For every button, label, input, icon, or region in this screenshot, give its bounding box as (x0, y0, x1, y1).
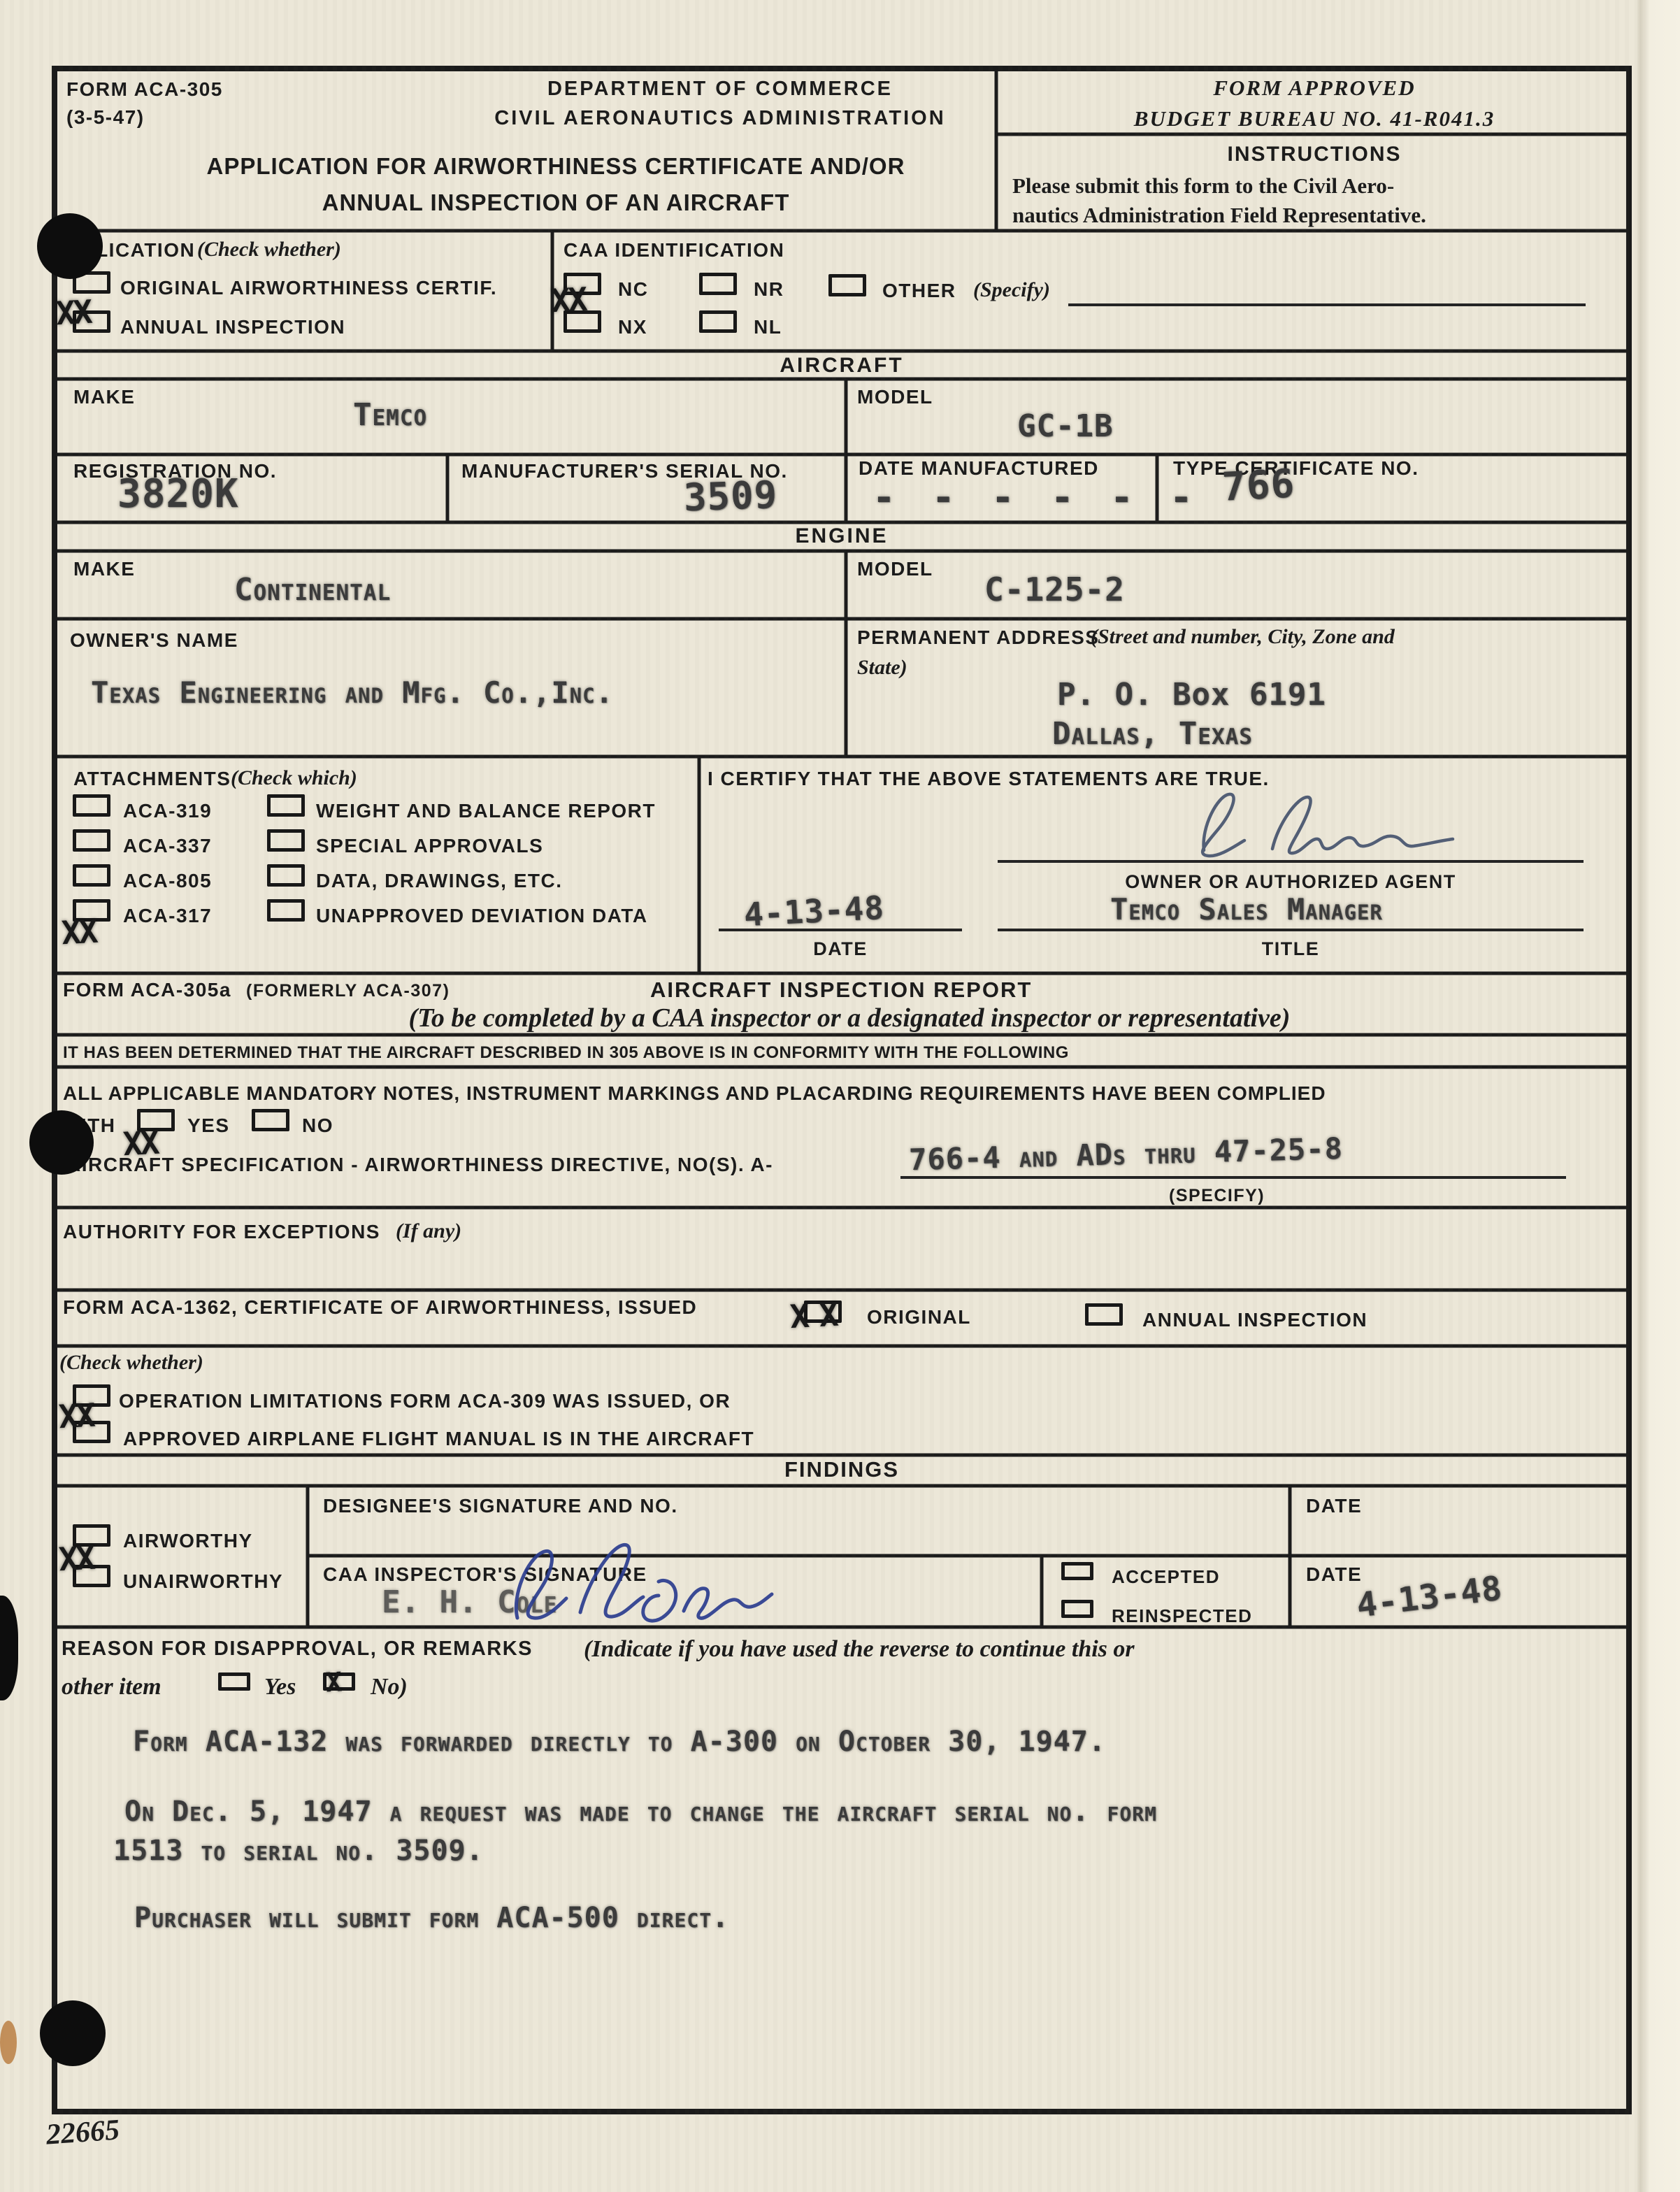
aca-317-label: ACA-317 (123, 905, 212, 927)
data-drawings-label: DATA, DRAWINGS, ETC. (316, 870, 563, 892)
remarks-paragraph-1: Form ACA-132 was forwarded directly to A… (133, 1726, 1106, 1758)
permanent-address-note2: State) (857, 656, 907, 680)
nr-label: NR (754, 278, 784, 301)
findings-section-title: FINDINGS (784, 1457, 899, 1482)
instructions-line1: Please submit this form to the Civil Aer… (1012, 173, 1394, 199)
checkbox-weight-balance[interactable] (267, 794, 305, 817)
special-approvals-label: SPECIAL APPROVALS (316, 835, 543, 857)
type-certificate-label: TYPE CERTIFICATE NO. (1173, 457, 1419, 480)
original-airworthiness-mark: XX (55, 293, 92, 333)
instructions-line2: nautics Administration Field Representat… (1012, 203, 1426, 228)
scan-edge-right (1637, 0, 1680, 2192)
type-certificate-value: 766 (1221, 461, 1295, 510)
date-label-top: DATE (1306, 1495, 1362, 1517)
check-whether-note: (Check whether) (59, 1351, 203, 1375)
owner-signature (1168, 782, 1461, 873)
certify-date-value: 4-13-48 (743, 889, 885, 933)
aca-319-label: ACA-319 (123, 800, 212, 822)
aircraft-model-value: GC-1B (1017, 408, 1113, 444)
checkbox-issued-annual[interactable] (1085, 1303, 1123, 1326)
remarks-no-label: No) (371, 1674, 408, 1700)
remarks-paragraph-2-line1: On Dec. 5, 1947 a request was made to ch… (124, 1796, 1157, 1828)
original-airworthiness-label: ORIGINAL AIRWORTHINESS CERTIF. (120, 277, 497, 299)
compliance-yes-mark: XX (122, 1124, 159, 1163)
issued-annual-label: ANNUAL INSPECTION (1142, 1309, 1367, 1331)
checkbox-accepted[interactable] (1061, 1562, 1093, 1580)
engine-section-title: ENGINE (795, 524, 888, 547)
specify-label: (SPECIFY) (1169, 1186, 1265, 1206)
aca-805-label: ACA-805 (123, 870, 212, 892)
owner-name-value: Texas Engineering and Mfg. Co.,Inc. (91, 675, 614, 710)
punch-hole-bottom (40, 2000, 106, 2066)
checkbox-special-approvals[interactable] (267, 829, 305, 852)
checkbox-nr[interactable] (699, 273, 737, 295)
nc-mark: XX (550, 280, 587, 320)
checkbox-aca-805[interactable] (73, 864, 110, 887)
aca-337-label: ACA-337 (123, 835, 212, 857)
remarks-no-mark: X (325, 1667, 340, 1698)
certify-title-label: TITLE (1262, 938, 1320, 959)
date-label-bottom: DATE (1306, 1563, 1362, 1586)
checkbox-unapproved-deviation[interactable] (267, 899, 305, 922)
reinspected-label: REINSPECTED (1112, 1605, 1252, 1627)
department-line2: CIVIL AERONAUTICS ADMINISTRATION (489, 103, 951, 133)
serial-value: 3509 (683, 473, 778, 520)
determination-text: IT HAS BEEN DETERMINED THAT THE AIRCRAFT… (63, 1043, 1069, 1063)
permanent-address-label: PERMANENT ADDRESS (857, 626, 1100, 649)
issued-original-label: ORIGINAL (867, 1306, 971, 1328)
checkbox-remarks-yes[interactable] (218, 1672, 250, 1691)
aca-1362-label: FORM ACA-1362, CERTIFICATE OF AIRWORTHIN… (63, 1296, 697, 1319)
checkbox-data-drawings[interactable] (267, 864, 305, 887)
compliance-line1: ALL APPLICABLE MANDATORY NOTES, INSTRUME… (63, 1082, 1326, 1105)
spec-directive-label: AIRCRAFT SPECIFICATION - AIRWORTHINESS D… (66, 1154, 773, 1176)
unairworthy-label: UNAIRWORTHY (123, 1570, 283, 1593)
caa-identification-label: CAA IDENTIFICATION (563, 239, 784, 262)
instructions-title: INSTRUCTIONS (1228, 143, 1402, 166)
owner-name-label: OWNER'S NAME (70, 629, 238, 652)
aircraft-make-value: Temco (353, 397, 427, 433)
form-approved-line2: BUDGET BUREAU NO. 41-R041.3 (1007, 103, 1622, 134)
paper-stain (0, 2021, 17, 2064)
remarks-label: REASON FOR DISAPPROVAL, OR REMARKS (62, 1638, 533, 1661)
plate-number: 22665 (45, 2113, 120, 2151)
authority-exceptions-note: (If any) (396, 1219, 461, 1243)
registration-value: 3820K (117, 471, 239, 517)
flight-manual-label: APPROVED AIRPLANE FLIGHT MANUAL IS IN TH… (123, 1428, 754, 1450)
nl-label: NL (754, 316, 782, 338)
report-title: AIRCRAFT INSPECTION REPORT (650, 977, 1032, 1003)
certify-title-line[interactable] (998, 929, 1584, 931)
operation-limitations-mark: XX (58, 1396, 94, 1436)
application-note: (Check whether) (197, 238, 341, 262)
remarks-note-line2: other item (62, 1674, 161, 1700)
department-line1: DEPARTMENT OF COMMERCE (489, 74, 951, 103)
report-subtitle: (To be completed by a CAA inspector or a… (409, 1003, 1291, 1033)
page-title-line1: APPLICATION FOR AIRWORTHINESS CERTIFICAT… (119, 148, 993, 185)
punch-hole-top (37, 213, 103, 279)
aircraft-section-title: AIRCRAFT (780, 354, 903, 377)
accepted-label: ACCEPTED (1112, 1566, 1220, 1588)
issued-original-mark: XX (789, 1295, 849, 1335)
other-specify-note: (Specify) (973, 278, 1050, 302)
report-formerly: (FORMERLY ACA-307) (246, 981, 450, 1001)
engine-model-label: MODEL (857, 558, 933, 580)
address-line2-value: Dallas, Texas (1052, 716, 1253, 752)
checkbox-reinspected[interactable] (1061, 1600, 1093, 1618)
address-line1-value: P. O. Box 6191 (1057, 677, 1326, 712)
date-manufactured-value: - - - - - - (873, 475, 1200, 520)
checkbox-nl[interactable] (699, 310, 737, 333)
spec-directive-line[interactable] (900, 1176, 1566, 1179)
unapproved-deviation-label: UNAPPROVED DEVIATION DATA (316, 905, 648, 927)
nc-label: NC (618, 278, 648, 301)
page-title-line2: ANNUAL INSPECTION OF AN AIRCRAFT (119, 185, 993, 221)
form-approved-line1: FORM APPROVED (1007, 73, 1622, 103)
certify-date-label: DATE (813, 938, 868, 959)
remarks-note-line1: (Indicate if you have used the reverse t… (584, 1636, 1135, 1663)
other-specify-line[interactable] (1068, 303, 1586, 306)
nx-label: NX (618, 316, 647, 338)
form-revision: (3-5-47) (66, 106, 145, 129)
permanent-address-note1: (Street and number, City, Zone and (1091, 625, 1395, 649)
compliance-no-label: NO (302, 1115, 333, 1137)
checkbox-aca-319[interactable] (73, 794, 110, 817)
remarks-paragraph-2-line2: 1513 to serial no. 3509. (113, 1835, 484, 1867)
airworthy-mark: XX (58, 1539, 94, 1579)
checkbox-other[interactable] (828, 274, 866, 296)
attachments-note: (Check which) (231, 766, 357, 790)
remarks-paragraph-3: Purchaser will submit form ACA-500 direc… (134, 1902, 729, 1934)
punch-hole-middle (29, 1110, 94, 1175)
annual-inspection-label: ANNUAL INSPECTION (120, 316, 345, 338)
checkbox-compliance-no[interactable] (252, 1109, 289, 1131)
aircraft-model-label: MODEL (857, 386, 933, 408)
engine-make-label: MAKE (73, 558, 135, 580)
inspector-signature (475, 1528, 783, 1647)
certify-title-value: Temco Sales Manager (1110, 892, 1383, 926)
other-label: OTHER (882, 280, 956, 302)
compliance-yes-label: YES (187, 1115, 230, 1137)
form-number: FORM ACA-305 (66, 78, 223, 101)
remarks-yes-label: Yes (264, 1674, 296, 1700)
aircraft-make-label: MAKE (73, 386, 135, 408)
designee-signature-label: DESIGNEE'S SIGNATURE AND NO. (323, 1495, 678, 1517)
owner-agent-label: OWNER OR AUTHORIZED AGENT (1125, 871, 1456, 892)
engine-make-value: Continental (234, 572, 391, 608)
engine-model-value: C-125-2 (984, 571, 1125, 608)
report-form-number: FORM ACA-305a (63, 979, 231, 1001)
aca-317-mark: XX (61, 912, 97, 952)
checkbox-aca-337[interactable] (73, 829, 110, 852)
authority-exceptions-label: AUTHORITY FOR EXCEPTIONS (63, 1221, 380, 1243)
airworthy-label: AIRWORTHY (123, 1530, 253, 1552)
operation-limitations-label: OPERATION LIMITATIONS FORM ACA-309 WAS I… (119, 1390, 731, 1412)
scanned-form-page: FORM ACA-305 (3-5-47) DEPARTMENT OF COMM… (0, 0, 1680, 2192)
attachments-label: ATTACHMENTS (73, 768, 231, 790)
weight-balance-label: WEIGHT AND BALANCE REPORT (316, 800, 656, 822)
